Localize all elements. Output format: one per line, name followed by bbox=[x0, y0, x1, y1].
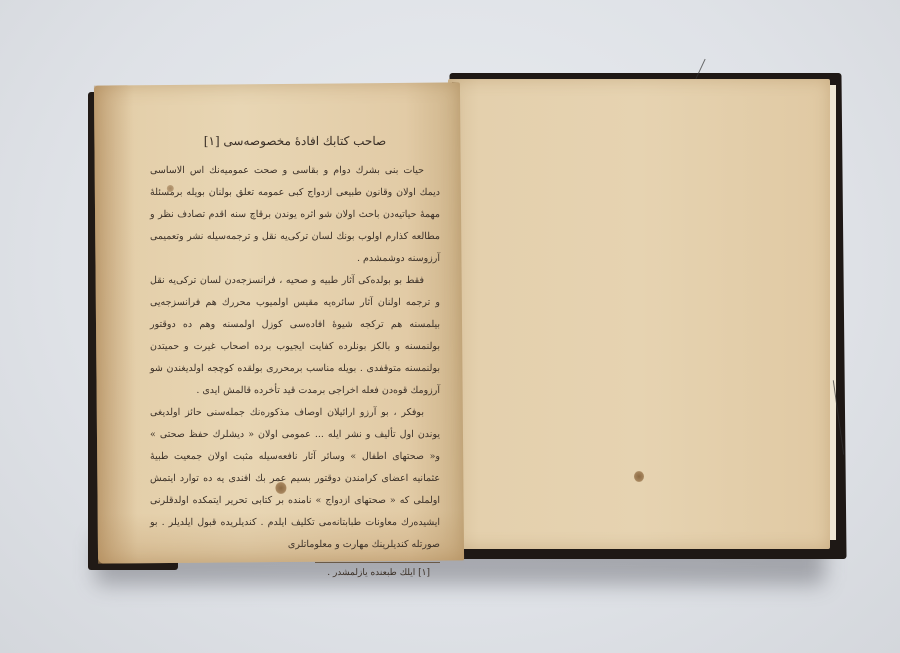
paragraph-3: بوفكر ، بو آرزو ارائیلان اوصاف مذكوره‌نك… bbox=[150, 402, 440, 556]
footnote: [۱] ایلك طبعنده یازلمشدر . bbox=[150, 565, 440, 581]
paragraph-2: فقط بو بولده‌كی آثار طبیه و صحیه ، فرانس… bbox=[150, 270, 440, 402]
right-page-blank bbox=[448, 79, 830, 549]
page-title: صاحب کتابك افادهٔ مخصوصه‌سی [۱] bbox=[150, 132, 440, 150]
stain-spot bbox=[634, 471, 644, 482]
left-page-text: صاحب کتابك افادهٔ مخصوصه‌سی [۱] حیات بنی… bbox=[150, 132, 440, 581]
paragraph-1: حیات بنی بشرك دوام و بقاسی و صحت عمومیه‌… bbox=[150, 160, 440, 270]
worn-edge bbox=[94, 85, 138, 563]
right-page-edge bbox=[830, 85, 836, 540]
footnote-divider bbox=[315, 562, 440, 563]
